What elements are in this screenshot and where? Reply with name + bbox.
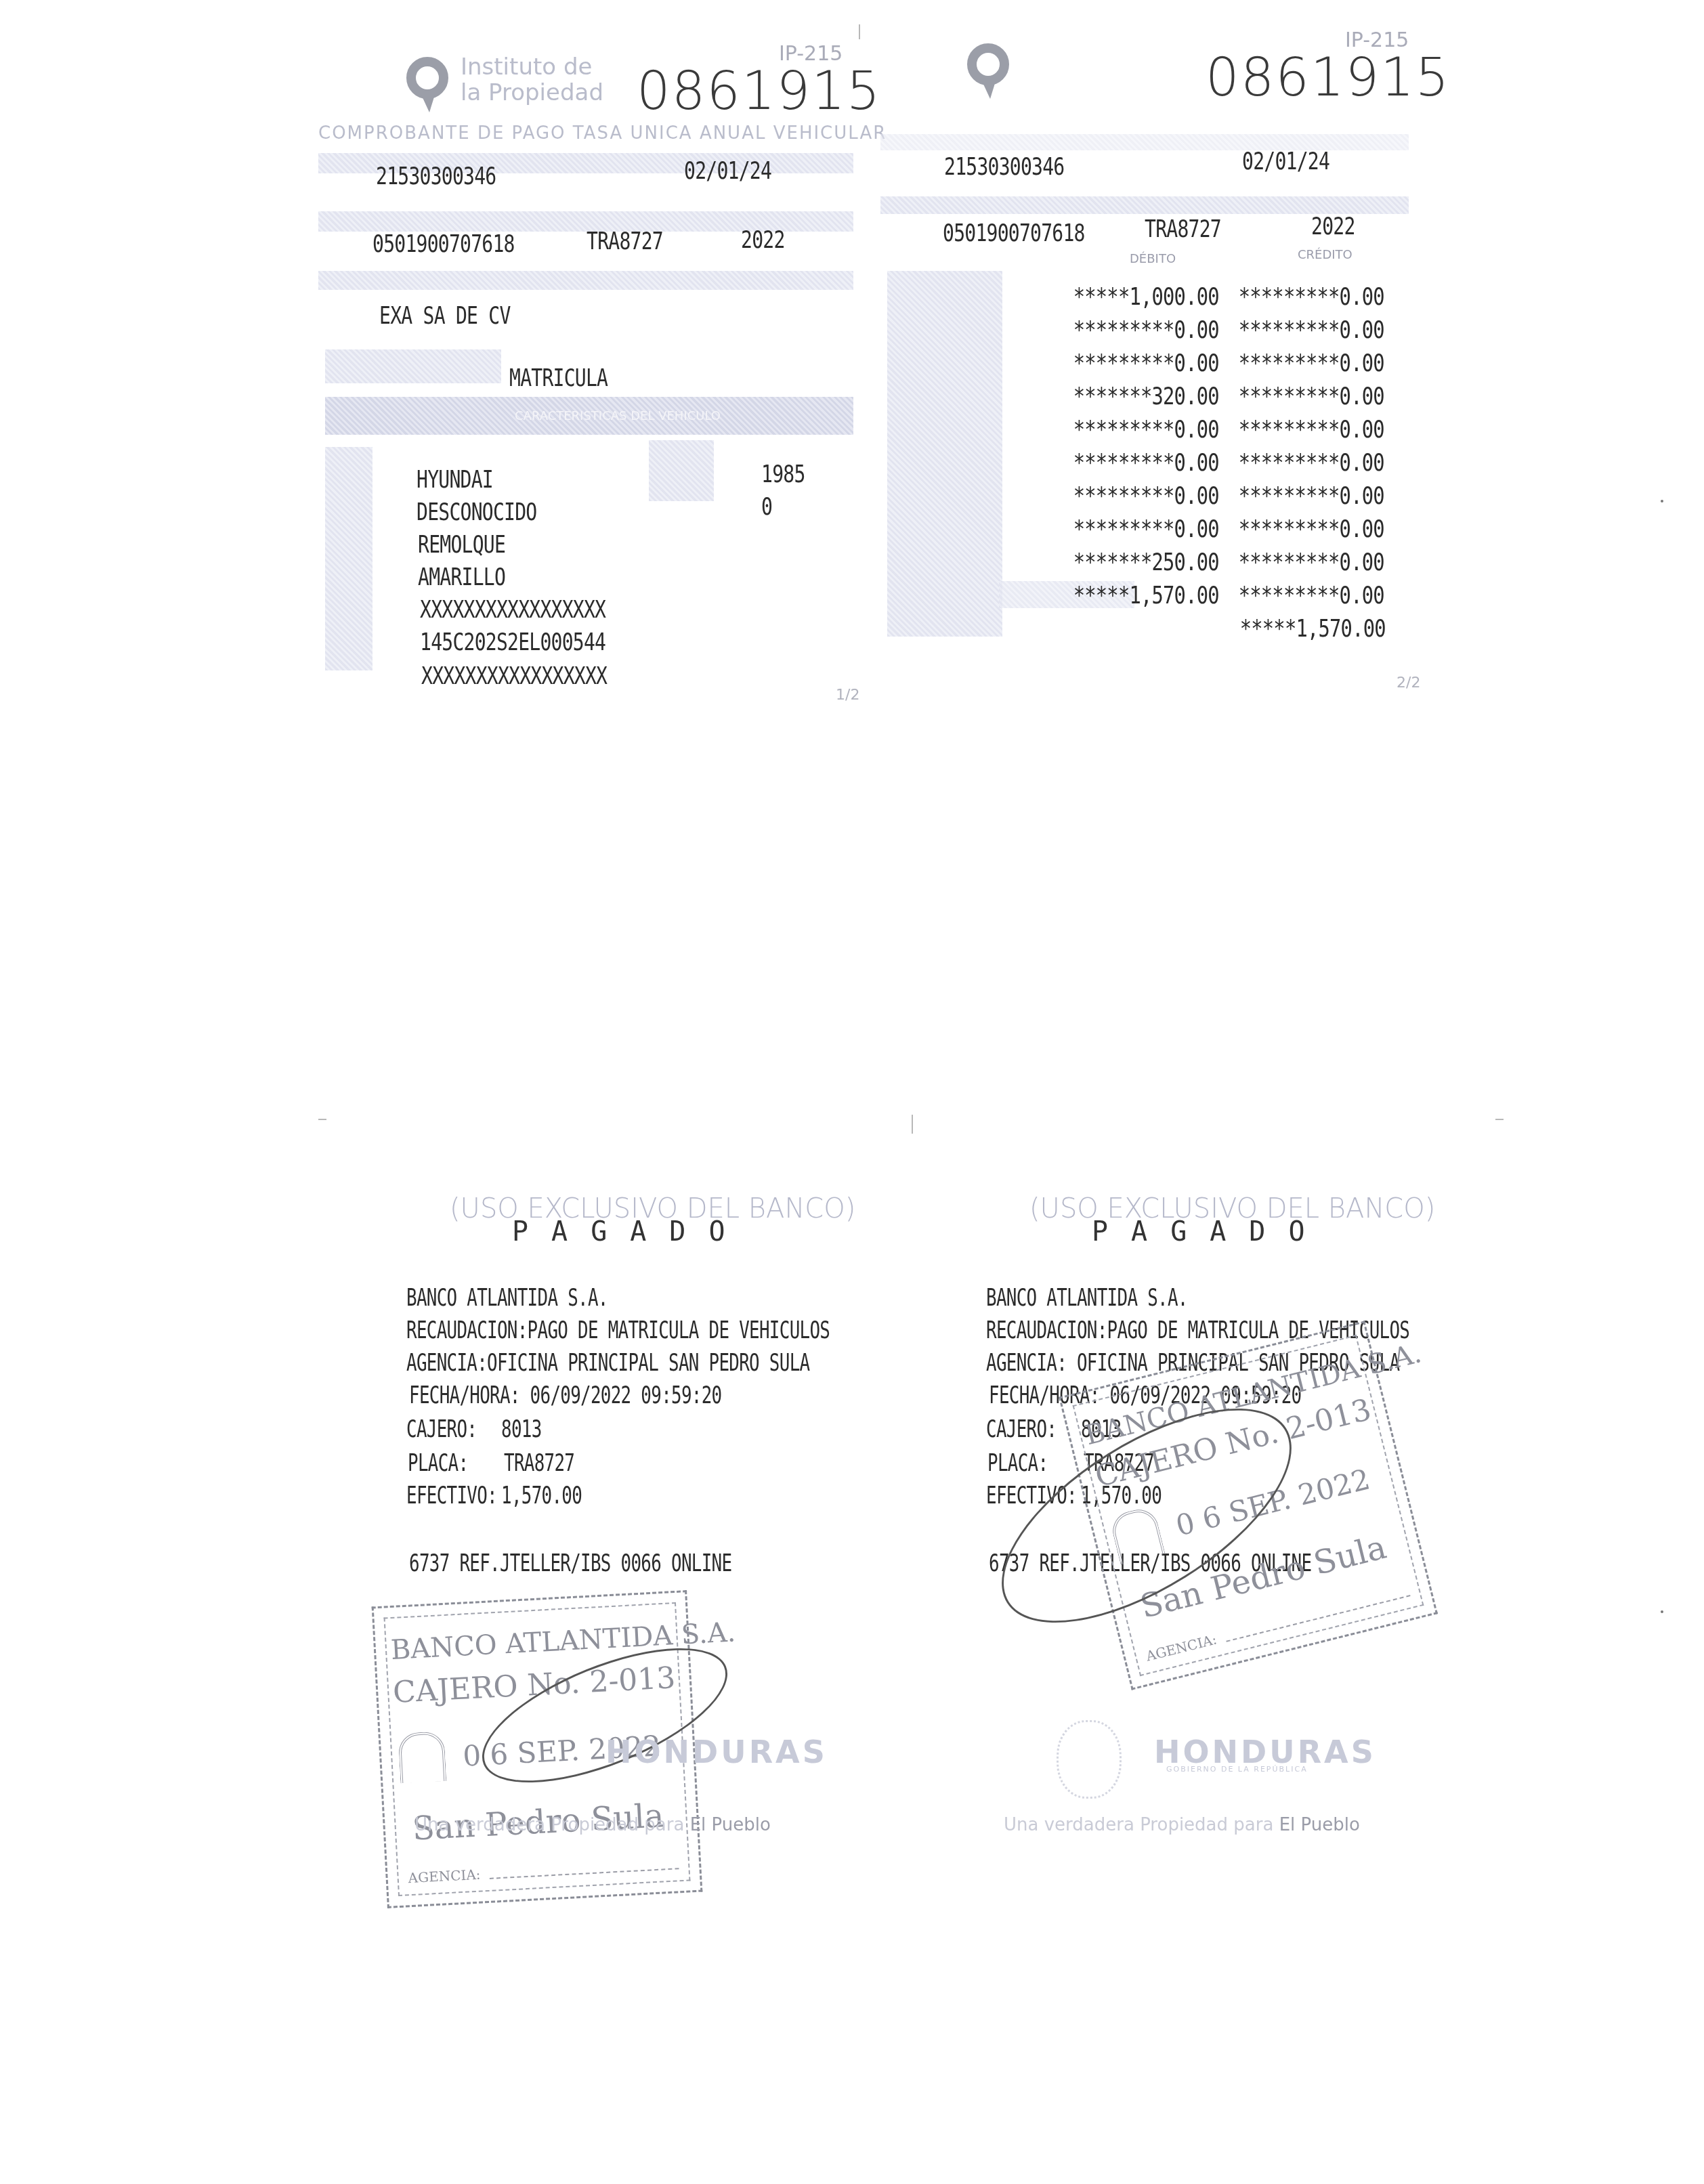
slogan-emphasis: El Pueblo [1279,1815,1360,1835]
slogan-prefix: Una verdadera Propiedad para [1004,1815,1273,1835]
ledger-credit: *********0.00 [1239,416,1384,444]
institute-name: Instituto de la Propiedad [461,54,603,106]
scan-margin-mark [859,24,860,39]
footer-slogan: Una verdadera Propiedad para El Pueblo [1004,1815,1360,1835]
cashier-value: 8013 [501,1415,542,1443]
serial-number: 0861915 [1206,47,1450,108]
institute-name-line-2: la Propiedad [461,80,603,106]
ledger-debit: *********0.00 [1073,349,1219,377]
ledger-debit: *********0.00 [1073,316,1219,344]
debit-header: DÉBITO [1130,252,1176,266]
ledger-credit: *********0.00 [1239,349,1384,377]
institute-logo-icon [406,57,448,99]
ledger-debit: *****1,570.00 [1073,582,1219,609]
ledger-credit: *********0.00 [1239,449,1384,477]
concept-field: MATRICULA [509,364,608,392]
ledger-credit: *********0.00 [1239,515,1384,543]
ledger-debit: *********0.00 [1073,515,1219,543]
paid-status: PAGADO [1092,1216,1328,1247]
scan-margin-mark [1495,1119,1504,1120]
cashier-label: CAJERO: [986,1415,1057,1443]
ledger-credit: *********0.00 [1239,549,1384,576]
coat-of-arms-icon [1057,1720,1122,1799]
plate-value: TRA8727 [504,1449,574,1477]
honduras-logo: HONDURAS [605,1734,828,1770]
vehicle-color: AMARILLO [418,563,505,591]
slogan-prefix: Una verdadera Propiedad para [414,1815,684,1835]
scan-dot [1661,1610,1663,1613]
vehicle-labels-right [649,440,714,501]
serial-number: 0861915 [637,61,881,122]
bank-logo-icon [398,1731,447,1783]
page-indicator: 1/2 [836,687,859,704]
page-indicator: 2/2 [1397,675,1420,691]
account-number: 21530300346 [376,163,496,190]
cash-label: EFECTIVO: [406,1482,497,1509]
owner-id: 0501900707618 [943,219,1085,247]
bank-name: BANCO ATLANTIDA S.A. [406,1284,608,1312]
vehicle-chassis: 145C202S2EL000544 [420,628,605,656]
tax-year: 2022 [1311,213,1355,240]
ledger-debit: *********0.00 [1073,416,1219,444]
tax-year: 2022 [741,226,785,254]
vehicle-motor: XXXXXXXXXXXXXXXXX [420,596,605,624]
plate: TRA8727 [587,228,663,255]
ledger-debit: *********0.00 [1073,482,1219,510]
institute-name-line-1: Instituto de [461,54,603,80]
vehicle-section-title: CARACTERISTICAS DEL VEHICULO [515,409,721,423]
concept-label-band [325,349,501,383]
footer-slogan: Una verdadera Propiedad para El Pueblo [414,1815,771,1835]
ledger-credit: *********0.00 [1239,383,1384,410]
ledger-credit: *********0.00 [1239,582,1384,609]
ledger-credit: *********0.00 [1239,482,1384,510]
ledger-debit: *****1,000.00 [1073,283,1219,311]
agency-line: AGENCIA:OFICINA PRINCIPAL SAN PEDRO SULA [406,1349,809,1377]
document-date: 02/01/24 [684,157,771,185]
cash-value: 1,570.00 [501,1482,582,1509]
account-number: 21530300346 [944,153,1064,181]
bank-name: BANCO ATLANTIDA S.A. [986,1284,1188,1312]
vehicle-model: DESCONOCIDO [417,498,536,526]
institute-logo-icon [967,43,1009,85]
vehicle-year: 1985 [761,461,805,488]
vehicle-type: REMOLQUE [418,531,505,559]
paid-status: PAGADO [512,1216,748,1247]
cashier-label: CAJERO: [406,1415,477,1443]
vehicle-labels-column [325,447,372,670]
owner-id: 0501900707618 [372,230,515,258]
scan-margin-mark [318,1119,326,1120]
ledger-debit: *********0.00 [1073,449,1219,477]
ledger-debit: *******320.00 [1073,383,1219,410]
document-date: 02/01/24 [1242,148,1329,175]
collection-line: RECAUDACION:PAGO DE MATRICULA DE VEHICUL… [406,1316,830,1344]
slogan-emphasis: El Pueblo [690,1815,771,1835]
concept-labels-column [887,271,1002,637]
ledger-credit: *********0.00 [1239,316,1384,344]
scan-dot [1661,500,1663,502]
owner-name: EXA SA DE CV [379,302,511,330]
plate-label: PLACA: [408,1449,468,1477]
vehicle-vin: XXXXXXXXXXXXXXXXX [421,662,607,690]
scan-margin-mark [912,1115,913,1134]
honduras-logo-sub: GOBIERNO DE LA REPÚBLICA [1166,1765,1308,1774]
reference-line: 6737 REF.JTELLER/IBS 0066 ONLINE [409,1549,731,1577]
field-label-band [318,271,853,290]
vehicle-cylinders: 0 [761,493,772,521]
field-label-band [880,196,1409,214]
datetime-line: FECHA/HORA: 06/09/2022 09:59:20 [409,1382,721,1409]
ledger-credit: *********0.00 [1239,283,1384,311]
credit-header: CRÉDITO [1298,248,1352,262]
plate-label: PLACA: [987,1449,1048,1477]
vehicle-brand: HYUNDAI [417,466,493,494]
ledger-debit: *******250.00 [1073,549,1219,576]
ledger-grand-total: *****1,570.00 [1240,615,1386,643]
plate: TRA8727 [1145,215,1221,243]
form-title: COMPROBANTE DE PAGO TASA UNICA ANUAL VEH… [318,123,887,144]
